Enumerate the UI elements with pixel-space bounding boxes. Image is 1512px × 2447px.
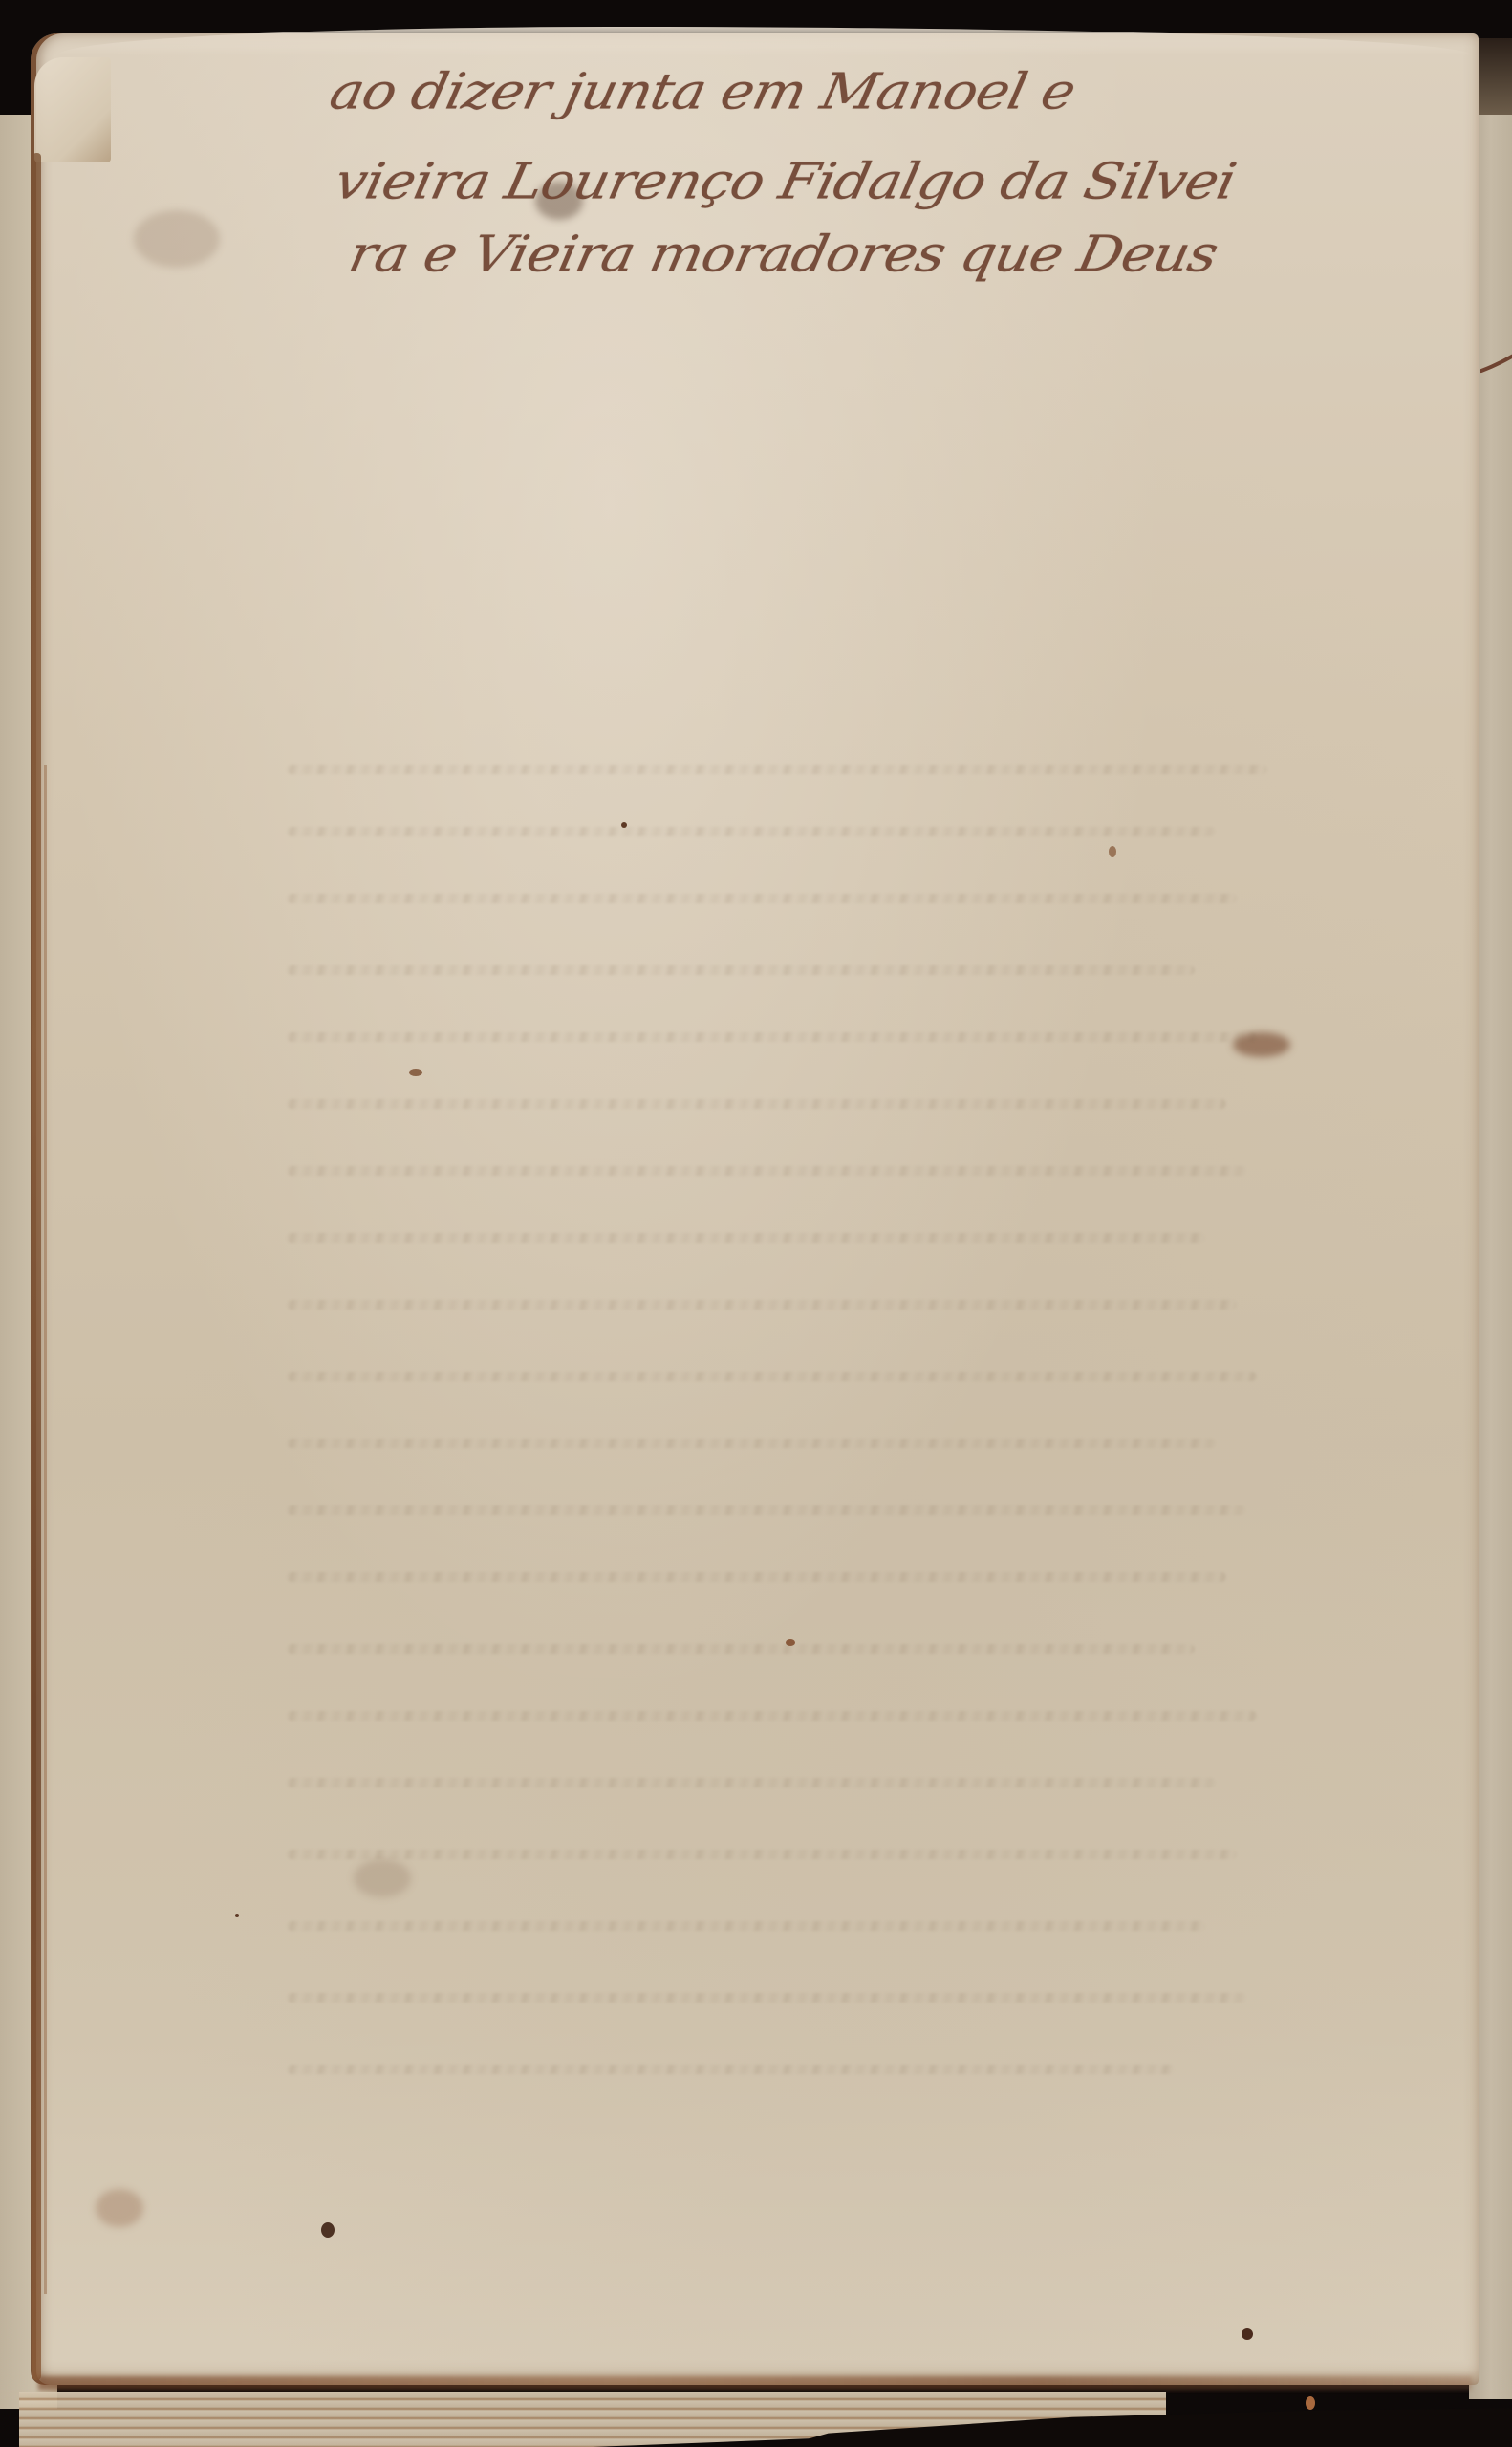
bottom-edge-stain <box>38 2376 1472 2390</box>
pen-flourish <box>1462 247 1512 380</box>
manuscript-scene: ao dizer junta em Manoel e vieira Louren… <box>0 0 1512 2447</box>
left-edge-stain-secondary <box>44 765 47 2294</box>
foxing-spot <box>1109 846 1116 857</box>
folded-corner <box>34 57 111 162</box>
smudge <box>134 210 220 268</box>
foxing-spot <box>1306 2396 1315 2410</box>
foxing-spot <box>1242 2328 1253 2340</box>
foxing-spot <box>235 1914 239 1917</box>
foxing-spot <box>409 1069 422 1076</box>
manuscript-sheet <box>31 33 1479 2385</box>
stain-mark <box>96 2189 143 2227</box>
left-edge-stain <box>32 153 41 2380</box>
handwritten-line-1: ao dizer junta em Manoel e <box>325 62 1080 120</box>
handwritten-line-2: vieira Lourenço Fidalgo da Silvei <box>330 152 1241 210</box>
sheet-top-edge <box>57 27 1472 55</box>
foxing-spot <box>321 2222 335 2238</box>
smudge <box>354 1859 411 1897</box>
handwritten-line-3: ra e Vieira moradores que Deus <box>344 225 1222 283</box>
